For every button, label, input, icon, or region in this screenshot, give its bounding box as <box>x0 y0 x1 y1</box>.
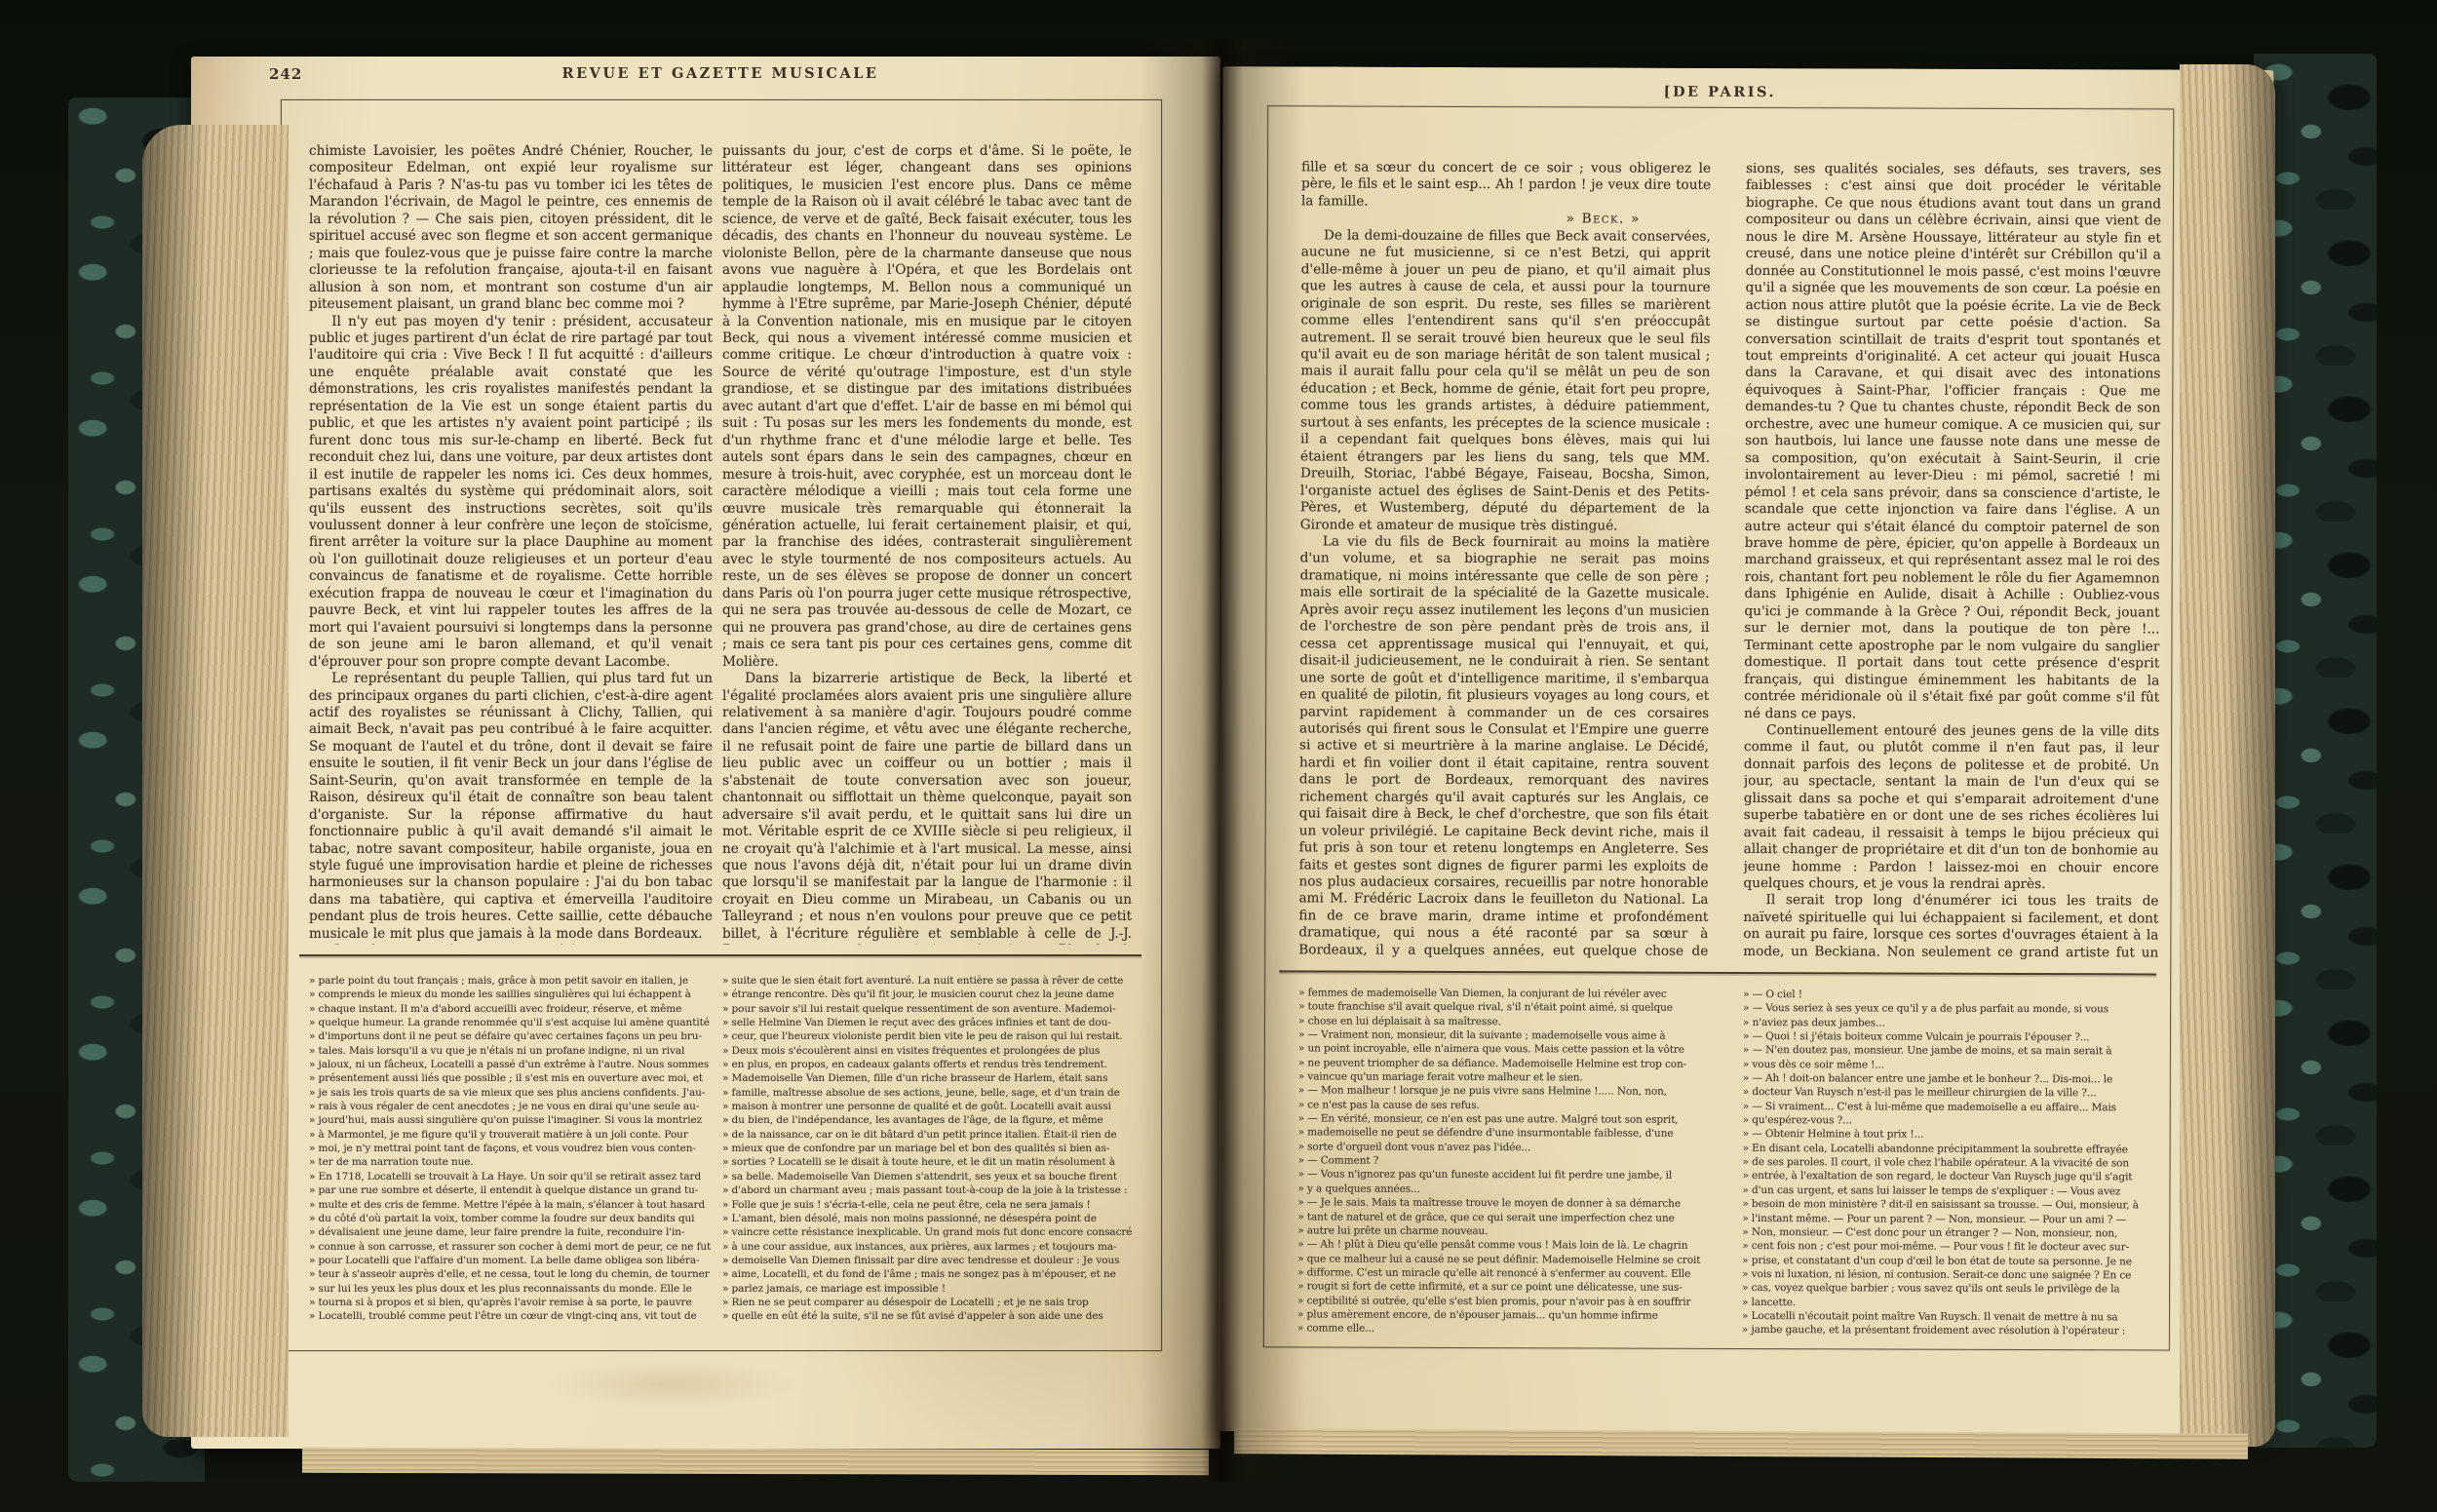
footnote-line: » — Mon malheur ! lorsque je ne puis viv… <box>1298 1084 1708 1100</box>
footnote-line: » l'instant même. — Pour un parent ? — N… <box>1742 1211 2159 1226</box>
book-spread: 242 REVUE ET GAZETTE MUSICALE chimiste L… <box>0 0 2437 1512</box>
footnote-line: » de la naissance, car on le dit bâtard … <box>722 1128 1136 1142</box>
footnote-line: » — O ciel ! <box>1743 988 2160 1003</box>
footnote-line: » difforme. C'est un miracle qu'elle ait… <box>1297 1265 1707 1281</box>
footnote-line: » Rien ne se peut comparer au désespoir … <box>722 1296 1136 1309</box>
right-page-frame: fille et sa sœur du concert de ce soir ;… <box>1263 105 2174 1350</box>
paragraph: De la demi-douzaine de filles que Beck a… <box>1300 227 1711 535</box>
footnote-line: » suite que le sien était fort aventuré.… <box>722 974 1136 988</box>
page-edge-stack-bottom-left <box>302 1448 1209 1475</box>
left-footnote-column-2: » suite que le sien était fort aventuré.… <box>722 974 1136 1333</box>
footnote-line: » — Obtenir Helmine à tout prix !... <box>1743 1127 2160 1143</box>
footnote-line: » — Je le sais. Mais ta maîtresse trouve… <box>1297 1196 1707 1212</box>
footnote-line: » cent fois non ; c'est pour moi-même. —… <box>1742 1239 2159 1255</box>
footnote-line: » mieux que de confondre par un mariage … <box>722 1142 1136 1155</box>
footnote-line: » présentement aussi liés que possible ;… <box>309 1071 713 1085</box>
left-footnote-column-1: » parle point du tout français ; mais, g… <box>309 974 713 1333</box>
page-edge-stack-bottom-right <box>1234 1428 2248 1458</box>
footnote-line: » L'amant, bien désolé, mais non moins p… <box>722 1212 1136 1225</box>
paragraph: chimiste Lavoisier, les poëtes André Ché… <box>309 143 713 314</box>
footnote-line: » Folle que je suis ! s'écria-t-elle, ce… <box>722 1198 1136 1212</box>
footnote-line: » plus amèrement encore, de n'épouser ja… <box>1297 1307 1707 1323</box>
footnote-line: » demoiselle Van Diemen finissait par di… <box>722 1254 1136 1267</box>
footnote-line: » d'abord un charmant aveu ; mais passan… <box>722 1183 1136 1197</box>
footnote-line: » ne peuvent triompher de sa défiance. M… <box>1298 1056 1708 1071</box>
footnote-line: » rougit si fort de cette infirmité, et … <box>1297 1280 1707 1296</box>
footnote-line: » sur lui les yeux les plus doux et les … <box>309 1282 713 1296</box>
footnote-line: » ter de ma narration toute nue. <box>309 1155 713 1169</box>
right-column-2: sions, ses qualités sociales, ses défaut… <box>1743 161 2161 959</box>
footnote-line: » tales. Mais lorsqu'il a vu que je n'ét… <box>309 1044 713 1058</box>
page-edge-stack-left <box>142 125 289 1437</box>
footnote-line: » sorte d'orgueil dont vous n'avez pas l… <box>1298 1140 1708 1155</box>
footnote-line: » en plus, en propos, en cadeaux galants… <box>722 1058 1136 1071</box>
running-title: [DE PARIS. <box>1664 84 1777 100</box>
footnote-line: » Mademoiselle Van Diemen, fille d'un ri… <box>722 1071 1136 1085</box>
footnote-line: » vous dès ce soir même !... <box>1743 1058 2160 1073</box>
footnote-line: » prise, et constatant d'un coup d'œil l… <box>1742 1254 2159 1269</box>
footnote-line: » — N'en doutez pas, monsieur. Une jambe… <box>1743 1043 2160 1059</box>
paragraph: sions, ses qualités sociales, ses défaut… <box>1744 161 2161 723</box>
footnote-line: » En disant cela, Locatelli abandonne pr… <box>1743 1142 2160 1157</box>
footnote-line: » cas, voyez quelque barbier ; vous save… <box>1742 1281 2159 1297</box>
right-column-1: fille et sa sœur du concert de ce soir ;… <box>1298 159 1711 957</box>
footnote-line: » parle point du tout français ; mais, g… <box>309 974 713 988</box>
paragraph: fille et sa sœur du concert de ce soir ;… <box>1301 159 1711 212</box>
paragraph: puissants du jour, c'est de corps et d'â… <box>722 143 1132 671</box>
paragraph: Le représentant du peuple Tallien, qui p… <box>309 671 713 943</box>
paragraph: Quand un artiste, un musicien surtout, a… <box>309 943 713 945</box>
footnote-line: » sa belle. Mademoiselle Van Diemen s'at… <box>722 1170 1136 1183</box>
right-page: [DE PARIS. 243 fille et sa sœur du conce… <box>1218 66 2274 1435</box>
footnote-line: » — Ah ! plût à Dieu qu'elle pensât comm… <box>1297 1238 1707 1254</box>
footnote-line: » mademoiselle ne peut se défendre d'une… <box>1298 1126 1708 1142</box>
footnote-line: » — Vous n'ignorez pas qu'un funeste acc… <box>1297 1168 1707 1183</box>
paragraph: » Beck. » <box>1301 211 1711 229</box>
footnote-line: » — Quoi ! si j'étais boiteux comme Vulc… <box>1743 1029 2160 1045</box>
footnote-line: » de ses paroles. Il court, il vole chez… <box>1743 1155 2160 1171</box>
footnote-line: » je sais les trois quarts de sa vie mie… <box>309 1086 713 1100</box>
paragraph: Il n'y eut pas moyen d'y tenir : préside… <box>309 314 713 672</box>
footnote-line: » comme elle... <box>1297 1322 1707 1338</box>
footnote-line: » selle Helmine Van Diemen le reçut avec… <box>722 1016 1136 1029</box>
footnote-line: » jaloux, ni un fâcheux, Locatelli a pas… <box>309 1058 713 1071</box>
footnote-line: » du bien, de l'indépendance, les avanta… <box>722 1113 1136 1127</box>
footnote-line: » vaincre cette résistance inexplicable.… <box>722 1225 1136 1239</box>
footnote-line: » femmes de mademoiselle Van Diemen, la … <box>1298 986 1708 1001</box>
footnote-line: » Locatelli, troublé comme peut l'être u… <box>309 1309 713 1323</box>
footnote-line: » à Marmontel, je me figure qu'il y trou… <box>309 1128 713 1142</box>
running-title-left: REVUE ET GAZETTE MUSICALE <box>281 63 1160 82</box>
footnote-line: » ceptibilité si outrée, qu'elle s'est b… <box>1297 1294 1707 1309</box>
footnote-line: » Locatelli n'écoutait point maître Van … <box>1742 1309 2159 1325</box>
footnote-line: » un point incroyable, elle n'aimera que… <box>1298 1042 1708 1058</box>
footnote-line: » ce n'est pas la cause de ses refus. <box>1298 1098 1708 1113</box>
right-footnote-column-2: » — O ciel !» — Vous seriez à ses yeux c… <box>1742 988 2160 1343</box>
paragraph: Continuellement entouré des jeunes gens … <box>1743 722 2159 894</box>
footnote-line: » — Vraiment non, monsieur, dit la suiva… <box>1298 1027 1708 1043</box>
footnote-line: » parlez jamais, ce mariage est impossib… <box>722 1282 1136 1296</box>
footnote-line: » lancette. <box>1742 1296 2159 1311</box>
footnote-line: » moi, je n'y mettrai point tant de faço… <box>309 1142 713 1155</box>
footnote-line: » maison à montrer une personne de quali… <box>722 1100 1136 1113</box>
footnote-line: » jourd'hui, mais aussi singulière qu'on… <box>309 1113 713 1127</box>
footnote-line: » y a quelques années... <box>1297 1182 1707 1197</box>
page-edge-stack-right <box>2180 64 2275 1447</box>
left-page: 242 REVUE ET GAZETTE MUSICALE chimiste L… <box>191 57 1220 1449</box>
footnote-line: » teur à s'asseoir auprès d'elle, et ne … <box>309 1267 713 1281</box>
footnote-line: » toute franchise s'il avait quelque riv… <box>1298 1000 1708 1016</box>
footnote-line: » vaincue qu'un mariage ferait votre mal… <box>1298 1069 1708 1085</box>
footnote-rule-left <box>299 954 1141 956</box>
footnote-line: » — Comment ? <box>1298 1154 1708 1170</box>
left-column-1: chimiste Lavoisier, les poëtes André Ché… <box>309 143 713 945</box>
footnote-line: » dévalisaient une jeune dame, leur fair… <box>309 1225 713 1239</box>
footnote-line: » En 1718, Locatelli se trouvait à La Ha… <box>309 1170 713 1183</box>
footnote-line: » famille, maîtresse absolue de ses acti… <box>722 1086 1136 1100</box>
footnote-line: » besoin de mon ministère ? dit-il en sa… <box>1742 1197 2159 1213</box>
footnote-line: » jambe gauche, et la présentant froidem… <box>1742 1323 2159 1338</box>
footnote-line: » que ce malheur lui a causé ne se peut … <box>1297 1252 1707 1267</box>
footnote-line: » du côté d'où partait la voix, tomber c… <box>309 1212 713 1225</box>
footnote-line: » entrée, à l'exaltation de son regard, … <box>1742 1169 2159 1184</box>
footnote-line: » n'aviez pas deux jambes... <box>1743 1016 2160 1031</box>
footnote-line: » à une cour assidue, aux instances, aux… <box>722 1240 1136 1254</box>
footnote-line: » Deux mois s'écoulèrent ainsi en visite… <box>722 1044 1136 1058</box>
right-footnote-column-1: » femmes de mademoiselle Van Diemen, la … <box>1297 986 1708 1341</box>
footnote-line: » comprends le mieux du monde les sailli… <box>309 988 713 1001</box>
footnote-line: » d'importuns dont il ne peut se défaire… <box>309 1029 713 1043</box>
footnote-line: » vois ni luxation, ni lésion, ni contus… <box>1742 1267 2159 1283</box>
left-page-frame: chimiste Lavoisier, les poëtes André Ché… <box>281 99 1162 1351</box>
paragraph: La vie du fils de Beck fournirait au moi… <box>1298 533 1710 957</box>
footnote-line: » d'un cas urgent, et sans lui laisser l… <box>1742 1183 2159 1199</box>
footnote-line: » — En vérité, monsieur, ce n'en est pas… <box>1298 1111 1708 1127</box>
footnote-line: » multe et des cris de femme. Mettre l'é… <box>309 1198 713 1212</box>
paragraph: Dans la bizarrerie artistique de Beck, l… <box>722 671 1132 945</box>
footnote-line: » tant de naturel et de grâce, que ce qu… <box>1297 1210 1707 1225</box>
footnote-line: » pour savoir s'il lui restait quelque r… <box>722 1002 1136 1016</box>
footnote-line: » étrange rencontre. Dès qu'il fit jour,… <box>722 988 1136 1001</box>
footnote-line: » docteur Van Ruysch n'est-il pas le mei… <box>1743 1085 2160 1101</box>
footnote-line: » sorties ? Locatelli se le disait à tou… <box>722 1155 1136 1169</box>
paragraph: Il serait trop long d'énumérer ici tous … <box>1743 892 2158 959</box>
footnote-line: » ceur, que l'heureux violoniste perdit … <box>722 1029 1136 1043</box>
footnote-line: » chaque instant. Il m'a d'abord accueil… <box>309 1002 713 1016</box>
footnote-line: » — Ah ! doit-on balancer entre une jamb… <box>1743 1071 2160 1087</box>
running-title-right: [DE PARIS. <box>1267 80 2172 101</box>
footnote-rule-right <box>1279 970 2156 975</box>
footnote-line: » par une rue sombre et déserte, il ente… <box>309 1183 713 1197</box>
footnote-line: » autre lui prête un charme nouveau. <box>1297 1223 1707 1239</box>
footnote-line: » Non, monsieur. — C'est donc pour un ét… <box>1742 1225 2159 1241</box>
running-title: REVUE ET GAZETTE MUSICALE <box>562 65 879 82</box>
footnote-line: » aime, Locatelli, et du fond de l'âme ;… <box>722 1267 1136 1281</box>
footnote-line: » qu'espérez-vous ?... <box>1743 1113 2160 1129</box>
footnote-line: » rais à vous régaler de cent anecdotes … <box>309 1100 713 1113</box>
footnote-line: » chose en lui déplaisait à sa maîtresse… <box>1298 1014 1708 1029</box>
footnote-line: » connue à son carrosse, et rassurer son… <box>309 1240 713 1254</box>
footnote-line: » quelque humeur. La grande renommée qu'… <box>309 1016 713 1029</box>
footnote-line: » — Si vraiment... C'est à lui-même que … <box>1743 1100 2160 1115</box>
left-column-2: puissants du jour, c'est de corps et d'â… <box>722 143 1132 945</box>
footnote-line: » — Vous seriez à ses yeux ce qu'il y a … <box>1743 1001 2160 1017</box>
footnote-line: » pour Locatelli que l'affaire d'un mome… <box>309 1254 713 1267</box>
footnote-line: » quelle en eût été la suite, s'il ne se… <box>722 1309 1136 1323</box>
footnote-line: » tourna si à propos et si bien, qu'aprè… <box>309 1296 713 1309</box>
